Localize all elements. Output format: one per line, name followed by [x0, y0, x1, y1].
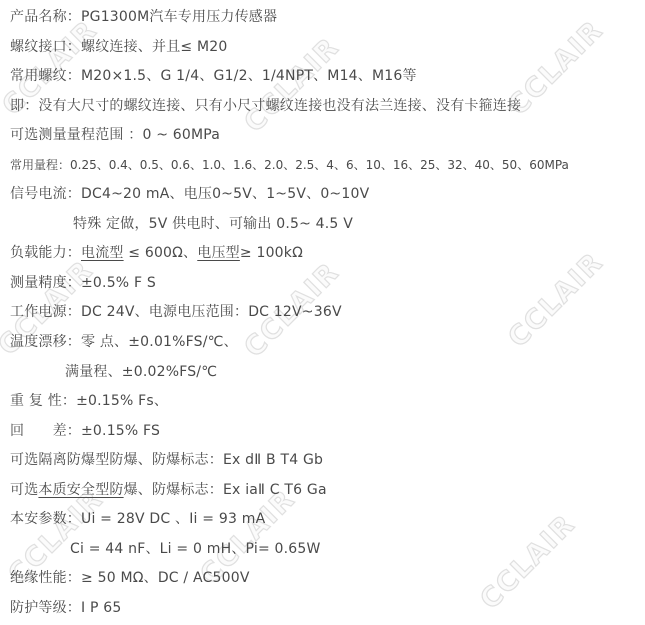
spec-line: 满量程、±0.02%FS/℃ [10, 358, 645, 388]
spec-line: 螺纹接口：螺纹连接、并且≤ M20 [10, 33, 645, 63]
spec-line: 测量精度：±0.5% F S [10, 269, 645, 299]
spec-line: 本安参数：Ui = 28V DC 、Ii = 93 mA [10, 505, 645, 535]
spec-text: 温度漂移：零 点、±0.01%FS/℃、 [10, 334, 238, 350]
spec-text: 负载能力： [10, 245, 81, 261]
underlined-term: 本质安全型防 [38, 482, 123, 498]
spec-line: 常用量程：0.25、0.4、0.5、0.6、1.0、1.6、2.0、2.5、4、… [10, 151, 645, 181]
spec-text: Ci = 44 nF、Li = 0 mH、Pi= 0.65W [70, 541, 321, 557]
spec-line: 重 复 性：±0.15% Fs、 [10, 387, 645, 417]
spec-lines: 产品名称：PG1300M汽车专用压力传感器螺纹接口：螺纹连接、并且≤ M20常用… [10, 3, 645, 623]
spec-line: 常用螺纹：M20×1.5、G 1/4、G1/2、1/4NPT、M14、M16等 [10, 62, 645, 92]
spec-line: 信号电流：DC4~20 mA、电压0~5V、1~5V、0~10V [10, 180, 645, 210]
spec-text: 本安参数：Ui = 28V DC 、Ii = 93 mA [10, 511, 265, 527]
underlined-term: 电压型 [197, 245, 240, 261]
spec-text: 特殊 定做，5V 供电时、可输出 0.5~ 4.5 V [73, 216, 353, 232]
spec-line: 可选本质安全型防爆、防爆标志：Ex iaⅡ C T6 Ga [10, 476, 645, 506]
spec-line: 负载能力：电流型 ≤ 600Ω、电压型≥ 100kΩ [10, 239, 645, 269]
spec-text: ≥ 100kΩ [240, 245, 303, 261]
spec-text: 测量精度：±0.5% F S [10, 275, 156, 291]
spec-line: Ci = 44 nF、Li = 0 mH、Pi= 0.65W [10, 535, 645, 565]
spec-text: 可选 [10, 482, 38, 498]
spec-text: 防护等级：I P 65 [10, 600, 122, 616]
spec-text: ≤ 600Ω、 [124, 245, 198, 261]
spec-text: 产品名称：PG1300M汽车专用压力传感器 [10, 9, 277, 25]
spec-text: 常用量程：0.25、0.4、0.5、0.6、1.0、1.6、2.0、2.5、4、… [10, 158, 569, 172]
spec-text: 重 复 性：±0.15% Fs、 [10, 393, 168, 409]
spec-text: 可选隔离防爆型防爆、防爆标志：Ex dⅡ B T4 Gb [10, 452, 323, 468]
spec-line: 可选隔离防爆型防爆、防爆标志：Ex dⅡ B T4 Gb [10, 446, 645, 476]
spec-line: 产品名称：PG1300M汽车专用压力传感器 [10, 3, 645, 33]
spec-text: 爆、防爆标志：Ex iaⅡ C T6 Ga [124, 482, 327, 498]
spec-line: 防护等级：I P 65 [10, 594, 645, 624]
spec-line: 可选测量量程范围 ：0 ~ 60MPa [10, 121, 645, 151]
spec-text: 常用螺纹：M20×1.5、G 1/4、G1/2、1/4NPT、M14、M16等 [10, 68, 417, 84]
spec-line: 特殊 定做，5V 供电时、可输出 0.5~ 4.5 V [10, 210, 645, 240]
spec-line: 绝缘性能：≥ 50 MΩ、DC / AC500V [10, 564, 645, 594]
spec-line: 回 差：±0.15% FS [10, 417, 645, 447]
spec-text: 回 差：±0.15% FS [10, 423, 160, 439]
spec-text: 螺纹接口：螺纹连接、并且≤ M20 [10, 39, 227, 55]
spec-text: 满量程、±0.02%FS/℃ [65, 364, 217, 380]
spec-text: 绝缘性能：≥ 50 MΩ、DC / AC500V [10, 570, 250, 586]
product-spec-sheet: CCLAIRCCLAIRCCLAIRCCLAIRCCLAIRCCLAIRCCLA… [0, 0, 645, 625]
spec-line: 工作电源：DC 24V、电源电压范围：DC 12V~36V [10, 298, 645, 328]
spec-text: 即：没有大尺寸的螺纹连接、只有小尺寸螺纹连接也没有法兰连接、没有卡箍连接 [10, 98, 521, 114]
spec-line: 温度漂移：零 点、±0.01%FS/℃、 [10, 328, 645, 358]
underlined-term: 电流型 [81, 245, 124, 261]
spec-text: 工作电源：DC 24V、电源电压范围：DC 12V~36V [10, 304, 342, 320]
spec-line: 即：没有大尺寸的螺纹连接、只有小尺寸螺纹连接也没有法兰连接、没有卡箍连接 [10, 92, 645, 122]
spec-text: 可选测量量程范围 ：0 ~ 60MPa [10, 127, 220, 143]
spec-text: 信号电流：DC4~20 mA、电压0~5V、1~5V、0~10V [10, 186, 369, 202]
